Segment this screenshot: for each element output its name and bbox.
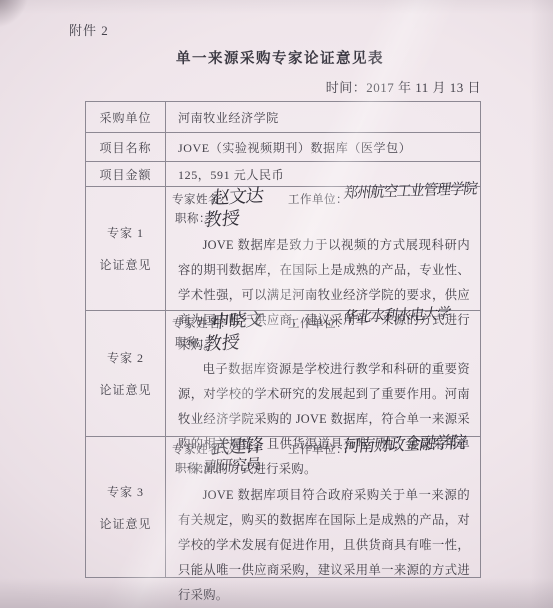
expert3-row: 专家 3 论证意见 专家姓名： 工作单位： 职称： 武建锋 副研究员 河南财政金… bbox=[86, 436, 480, 577]
expert2-title-signature: 教授 bbox=[203, 328, 242, 356]
purchaser-value: 河南牧业经济学院 bbox=[166, 102, 480, 132]
date-line: 时间：2017 年 11 月 13 日 bbox=[326, 77, 481, 96]
attachment-label: 附件 2 bbox=[69, 20, 109, 39]
expert1-unit-signature: 郑州航空工业管理学院 bbox=[343, 177, 479, 203]
expert1-label-line1: 专家 1 bbox=[107, 224, 144, 241]
expert2-label-line2: 论证意见 bbox=[99, 381, 151, 398]
expert1-opinion-cell: 专家姓名： 工作单位： 职称： 赵文达 教授 郑州航空工业管理学院 JOVE 数… bbox=[166, 187, 480, 310]
opinion-table: 采购单位 河南牧业经济学院 项目名称 JOVE（实验视频期刊）数据库（医学包） … bbox=[85, 101, 481, 578]
expert1-row: 专家 1 论证意见 专家姓名： 工作单位： 职称： 赵文达 教授 郑州航空工业管… bbox=[86, 186, 480, 310]
expert2-label-line1: 专家 2 bbox=[107, 349, 144, 366]
expert3-opinion-cell: 专家姓名： 工作单位： 职称： 武建锋 副研究员 河南财政金融学院 JOVE 数… bbox=[166, 437, 480, 577]
table-row: 采购单位 河南牧业经济学院 bbox=[86, 102, 480, 132]
expert2-unit-signature: 华北水利水电大学 bbox=[343, 302, 452, 327]
document-title: 单一来源采购专家论证意见表 bbox=[0, 47, 553, 68]
expert3-label-line1: 专家 3 bbox=[107, 483, 144, 500]
table-row: 项目名称 JOVE（实验视频期刊）数据库（医学包） bbox=[86, 132, 480, 161]
expert3-opinion-text: JOVE 数据库项目符合政府采购关于单一来源的有关规定，购买的数据库在国际上是成… bbox=[178, 483, 470, 608]
expert1-header: 专家姓名： 工作单位： 职称： 赵文达 教授 郑州航空工业管理学院 bbox=[166, 187, 480, 231]
work-unit-label: 工作单位： bbox=[288, 441, 348, 457]
project-name-label: 项目名称 bbox=[86, 133, 166, 161]
expert2-row-label: 专家 2 论证意见 bbox=[86, 311, 166, 436]
expert2-row: 专家 2 论证意见 专家姓名： 工作单位： 职称： 申晓文 教授 华北水利水电大… bbox=[86, 310, 480, 436]
expert3-header: 专家姓名： 工作单位： 职称： 武建锋 副研究员 河南财政金融学院 bbox=[166, 437, 480, 481]
expert2-header: 专家姓名： 工作单位： 职称： 申晓文 教授 华北水利水电大学 bbox=[166, 311, 480, 355]
project-name-value: JOVE（实验视频期刊）数据库（医学包） bbox=[166, 133, 480, 161]
work-unit-label: 工作单位： bbox=[288, 191, 348, 207]
expert3-label-line2: 论证意见 bbox=[99, 515, 151, 532]
project-amount-label: 项目金额 bbox=[86, 162, 166, 186]
expert2-opinion-cell: 专家姓名： 工作单位： 职称： 申晓文 教授 华北水利水电大学 电子数据库资源是… bbox=[166, 311, 480, 436]
expert1-label-line2: 论证意见 bbox=[99, 256, 151, 273]
expert1-title-signature: 教授 bbox=[203, 204, 242, 232]
expert3-unit-signature: 河南财政金融学院 bbox=[342, 428, 467, 457]
expert1-row-label: 专家 1 论证意见 bbox=[86, 187, 166, 310]
scanned-page: { "page": { "attachment_label": "附件 2", … bbox=[0, 0, 553, 608]
expert3-row-label: 专家 3 论证意见 bbox=[86, 437, 166, 577]
work-unit-label: 工作单位： bbox=[288, 315, 348, 331]
purchaser-label: 采购单位 bbox=[86, 102, 166, 132]
expert3-title-signature: 副研究员 bbox=[203, 453, 261, 477]
